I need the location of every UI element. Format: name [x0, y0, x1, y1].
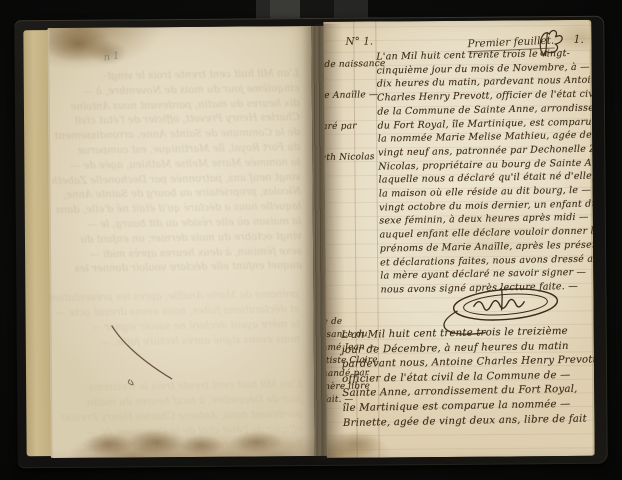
stain — [50, 414, 314, 458]
page-number: 1. — [573, 33, 584, 46]
act-1-text: L'an Mil huit cent trente trois le vingt… — [376, 47, 588, 297]
ink-stroke — [106, 323, 180, 386]
act-2-text: L'an Mil huit cent trente trois le treiz… — [341, 325, 589, 432]
bleedthrough-text: L'an Mil huit cent trente trois le vingt… — [61, 67, 302, 278]
left-page: n 1 L'an Mil huit cent trente trois le v… — [47, 26, 314, 458]
register-book: n 1 L'an Mil huit cent trente trois le v… — [14, 12, 608, 471]
stain — [47, 26, 149, 76]
right-page: N° 1. Premier feuillet. 1. acte de naiss… — [323, 20, 594, 458]
archive-photo: n 1 L'an Mil huit cent trente trois le v… — [0, 0, 622, 480]
act-number: N° 1. — [345, 36, 373, 48]
gutter-shadow — [302, 24, 345, 460]
pencil-mark: n 1 — [103, 50, 120, 63]
